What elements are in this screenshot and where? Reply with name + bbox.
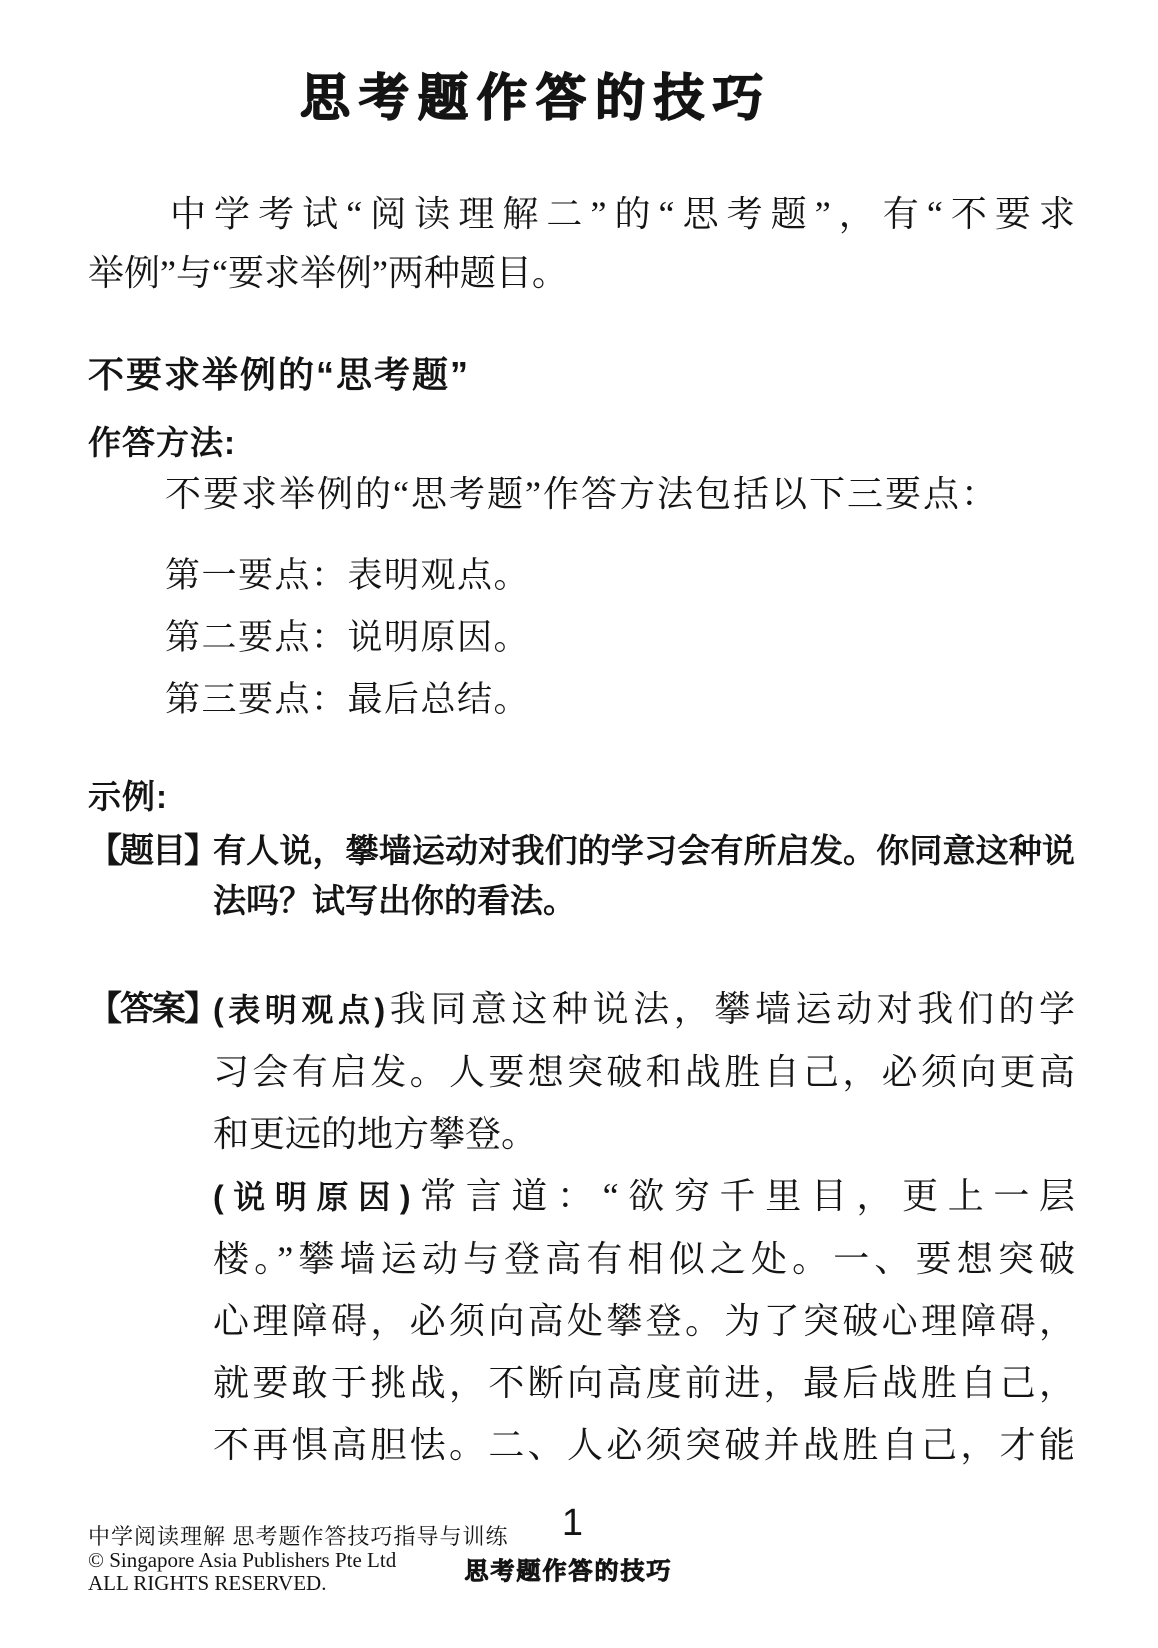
- page-number: 1: [0, 1502, 1145, 1545]
- question-line-1: 有人说，攀墙运动对我们的学习会有所启发。你同意这种说: [213, 826, 1075, 876]
- point-item-1: 第一要点：表明观点。: [165, 555, 530, 597]
- section-heading: 不要求举例的“思考题”: [88, 347, 470, 398]
- document-page: 思考题作答的技巧 中学考试“阅读理解二”的“思考题”，有“不要求 举例”与“要求…: [0, 0, 1158, 1648]
- answer-line: 就要敢于挑战，不断向高度前进，最后战胜自己，: [213, 1352, 1075, 1414]
- answer-line: 习会有启发。人要想突破和战胜自己，必须向更高: [213, 1041, 1075, 1103]
- intro-line-1: 中学考试“阅读理解二”的“思考题”，有“不要求: [88, 192, 1075, 236]
- answer-line-text: 楼。”攀墙运动与登高有相似之处。一、要想突破: [213, 1239, 1075, 1279]
- question-tag: 【题目】: [88, 826, 213, 876]
- answer-block: 【答案】 (表明观点)我同意这种说法，攀墙运动对我们的学 习会有启发。人要想突破…: [88, 978, 1075, 1476]
- answer-line: 不再惧高胆怯。二、人必须突破并战胜自己，才能: [213, 1414, 1075, 1476]
- answer-line: 楼。”攀墙运动与登高有相似之处。一、要想突破: [213, 1228, 1075, 1290]
- answer-point-label: (说明原因): [213, 1179, 411, 1215]
- answer-line-text: 常言道：“欲穷千里目，更上一层: [411, 1176, 1076, 1216]
- footer-book-title: 思考题作答的技巧: [0, 1551, 1137, 1586]
- answer-line-text: 不再惧高胆怯。二、人必须突破并战胜自己，才能: [213, 1425, 1075, 1465]
- answer-line: 和更远的地方攀登。: [213, 1103, 1075, 1165]
- answer-body: (表明观点)我同意这种说法，攀墙运动对我们的学 习会有启发。人要想突破和战胜自己…: [213, 978, 1075, 1476]
- example-label: 示例:: [88, 771, 168, 818]
- answer-line-text: 我同意这种说法，攀墙运动对我们的学: [385, 989, 1075, 1029]
- answer-line-text: 和更远的地方攀登。: [213, 1114, 537, 1154]
- question-body: 有人说，攀墙运动对我们的学习会有所启发。你同意这种说 法吗？试写出你的看法。: [213, 826, 1075, 926]
- answer-point-label: (表明观点): [213, 992, 385, 1028]
- answer-line: (说明原因)常言道：“欲穷千里目，更上一层: [213, 1165, 1075, 1228]
- question-line-2: 法吗？试写出你的看法。: [213, 876, 1075, 926]
- answer-tag: 【答案】: [88, 978, 213, 1040]
- method-label: 作答方法:: [88, 417, 236, 464]
- answer-line: (表明观点)我同意这种说法，攀墙运动对我们的学: [213, 978, 1075, 1041]
- answer-line: 心理障碍，必须向高处攀登。为了突破心理障碍，: [213, 1290, 1075, 1352]
- point-item-2: 第二要点：说明原因。: [165, 617, 530, 659]
- answer-line-text: 就要敢于挑战，不断向高度前进，最后战胜自己，: [213, 1363, 1075, 1403]
- answer-line-text: 习会有启发。人要想突破和战胜自己，必须向更高: [213, 1052, 1075, 1092]
- page-title: 思考题作答的技巧: [300, 70, 772, 128]
- intro-line-2: 举例”与“要求举例”两种题目。: [88, 251, 1075, 295]
- question-block: 【题目】 有人说，攀墙运动对我们的学习会有所启发。你同意这种说 法吗？试写出你的…: [88, 826, 1075, 926]
- method-intro: 不要求举例的“思考题”作答方法包括以下三要点：: [88, 472, 1075, 516]
- point-item-3: 第三要点：最后总结。: [165, 679, 530, 721]
- answer-line-text: 心理障碍，必须向高处攀登。为了突破心理障碍，: [213, 1301, 1075, 1341]
